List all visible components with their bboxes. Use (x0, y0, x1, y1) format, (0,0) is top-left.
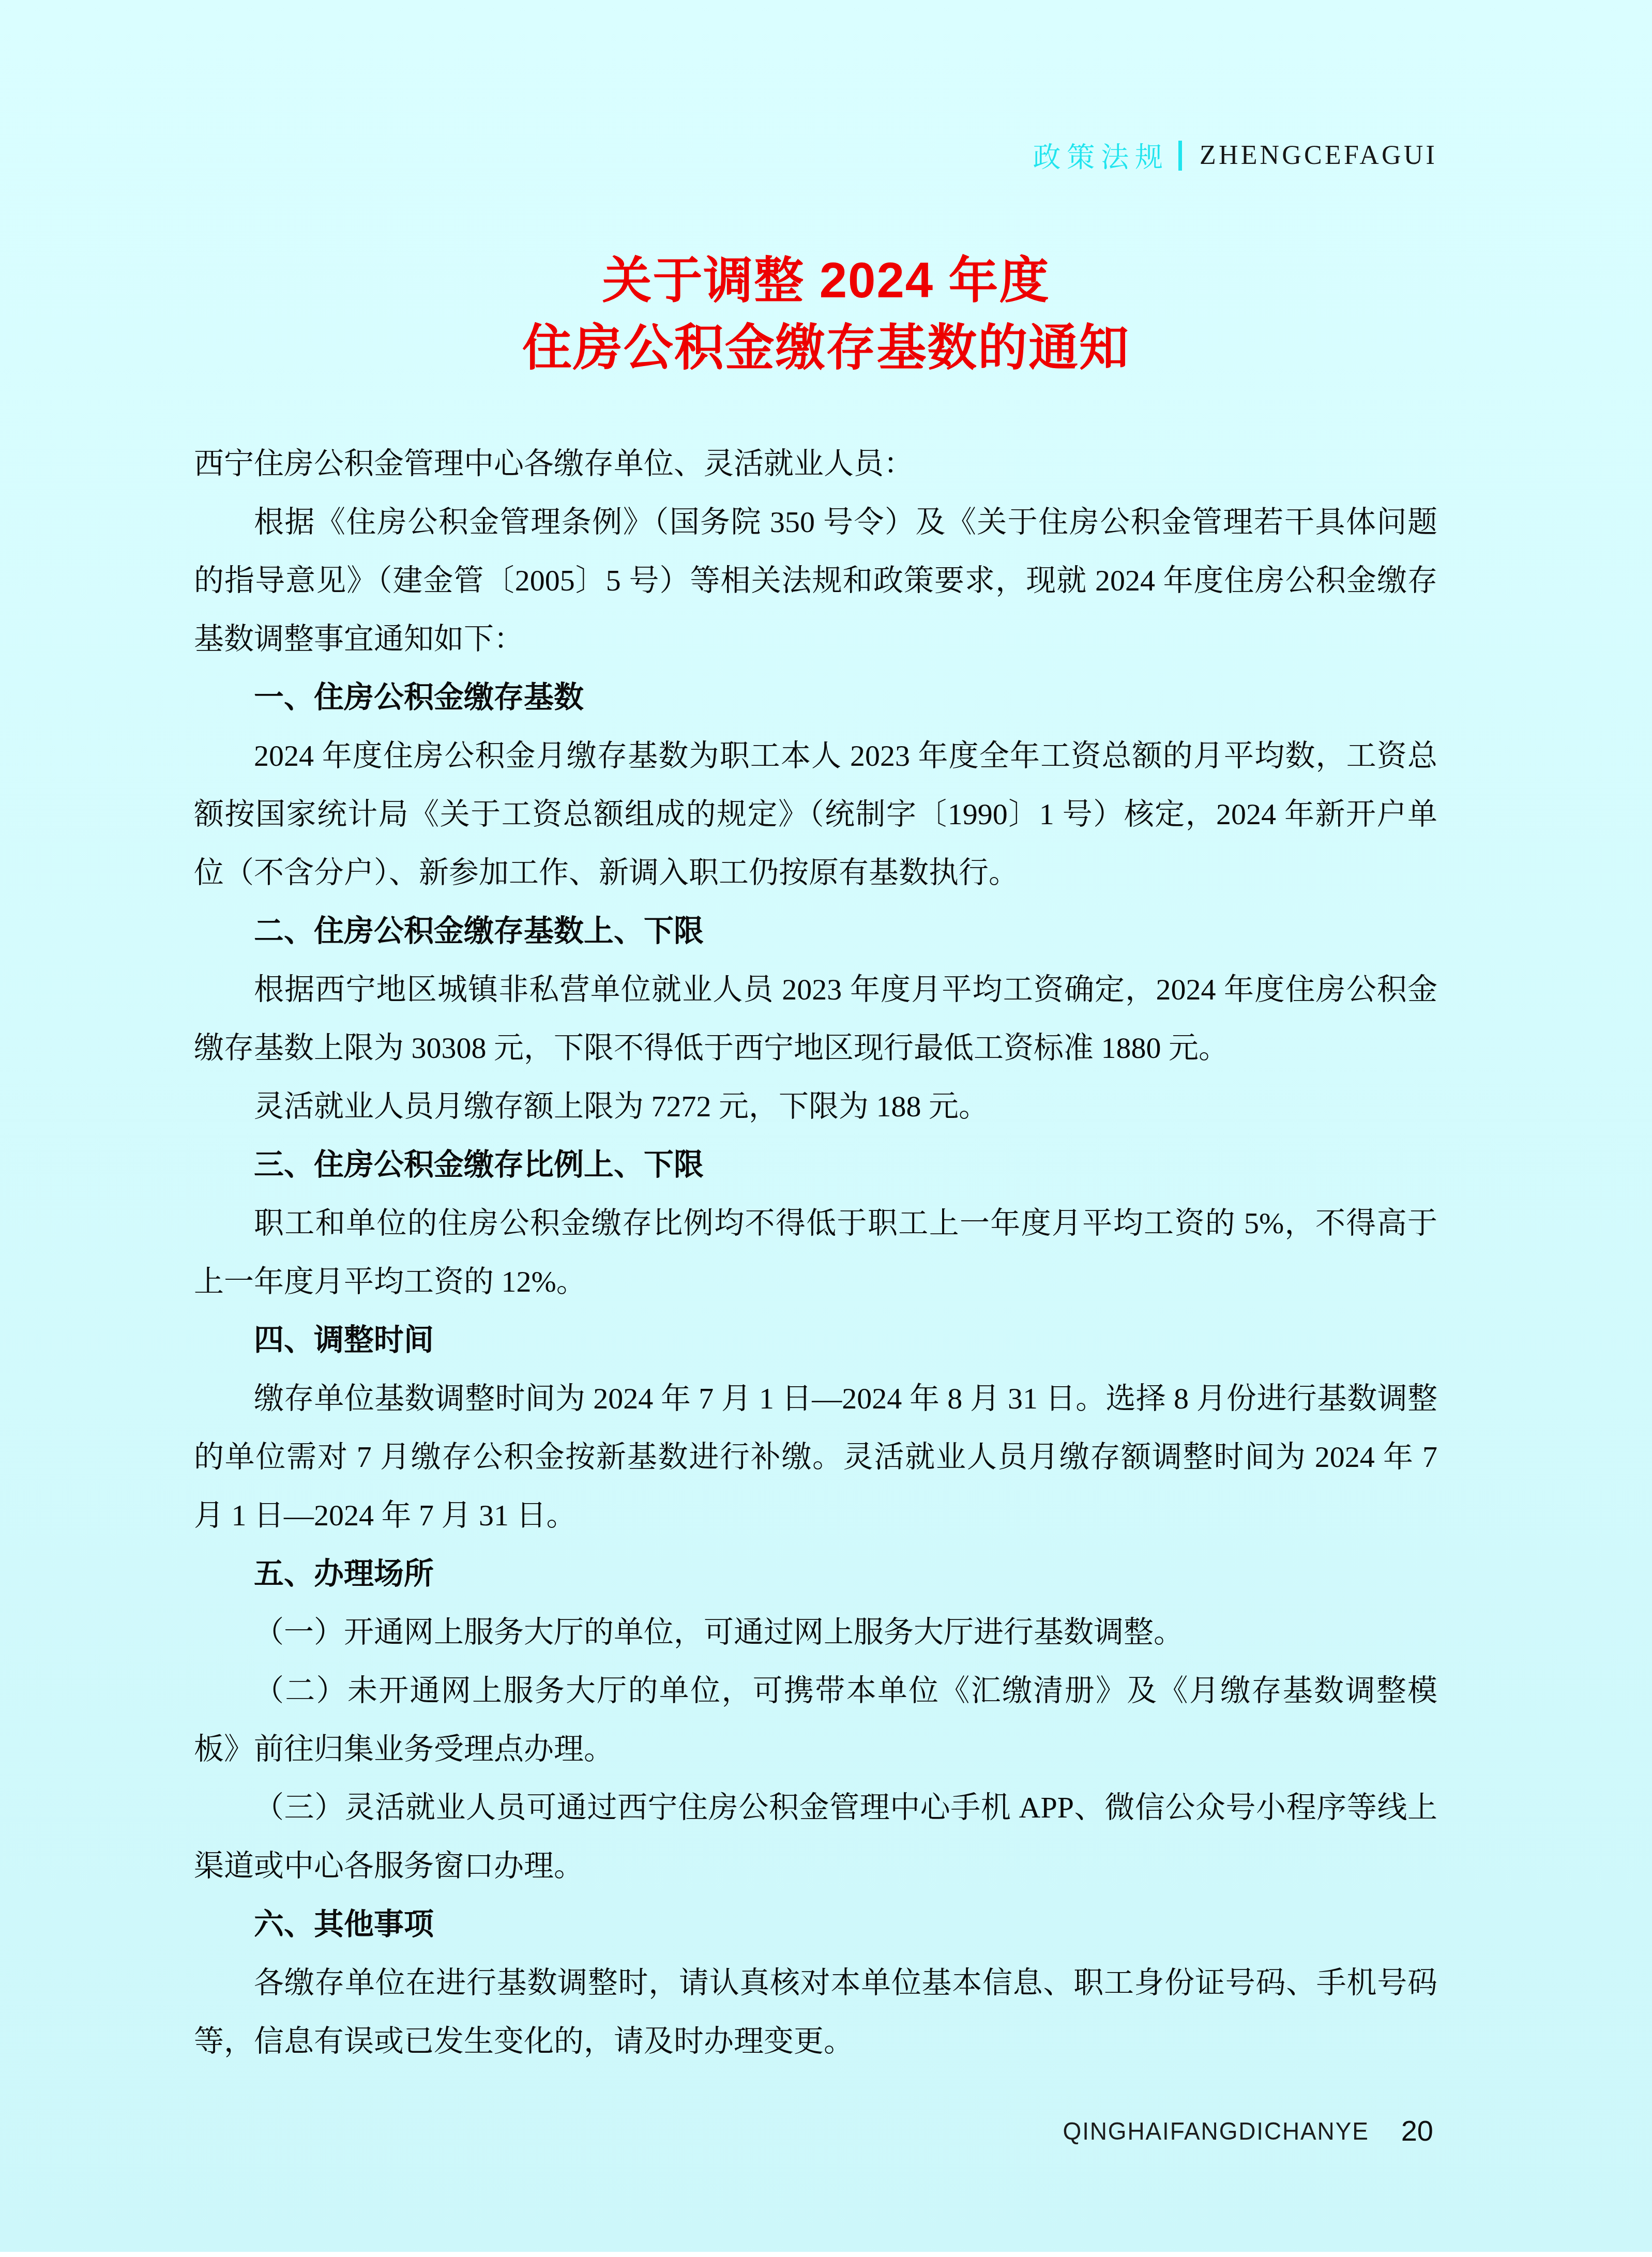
paragraph: 2024 年度住房公积金月缴存基数为职工本人 2023 年度全年工资总额的月平均… (194, 726, 1437, 902)
document-body: 西宁住房公积金管理中心各缴存单位、灵活就业人员：根据《住房公积金管理条例》（国务… (194, 434, 1437, 2070)
paragraph: 根据西宁地区城镇非私营单位就业人员 2023 年度月平均工资确定，2024 年度… (194, 960, 1437, 1077)
page-bottom-edge (0, 2252, 1652, 2257)
page-footer: QINGHAIFANGDICHANYE 20 (1063, 2114, 1433, 2147)
header-divider (1178, 141, 1182, 171)
page-number: 20 (1401, 2114, 1433, 2147)
notice-title-line2: 住房公积金缴存基数的通知 (0, 314, 1652, 382)
paragraph: （一）开通网上服务大厅的单位，可通过网上服务大厅进行基数调整。 (194, 1603, 1437, 1661)
section-heading: 六、其他事项 (194, 1895, 1437, 1953)
paragraph: 职工和单位的住房公积金缴存比例均不得低于职工上一年度月平均工资的 5%，不得高于… (194, 1194, 1437, 1311)
section-heading: 三、住房公积金缴存比例上、下限 (194, 1135, 1437, 1194)
notice-title-line1: 关于调整 2024 年度 (0, 247, 1652, 314)
section-heading: 四、调整时间 (194, 1311, 1437, 1369)
section-heading: 一、住房公积金缴存基数 (194, 668, 1437, 726)
notice-title: 关于调整 2024 年度 住房公积金缴存基数的通知 (0, 247, 1652, 382)
section-heading: 五、办理场所 (194, 1544, 1437, 1603)
section-heading: 二、住房公积金缴存基数上、下限 (194, 902, 1437, 960)
paragraph: 西宁住房公积金管理中心各缴存单位、灵活就业人员： (194, 434, 1437, 493)
paragraph: 根据《住房公积金管理条例》（国务院 350 号令）及《关于住房公积金管理若干具体… (194, 493, 1437, 668)
section-label-cn: 政策法规 (1033, 135, 1169, 175)
journal-name: QINGHAIFANGDICHANYE (1063, 2116, 1369, 2145)
paragraph: 各缴存单位在进行基数调整时，请认真核对本单位基本信息、职工身份证号码、手机号码等… (194, 1953, 1437, 2070)
page: 政策法规 ZHENGCEFAGUI 关于调整 2024 年度 住房公积金缴存基数… (0, 0, 1652, 2257)
paragraph: 灵活就业人员月缴存额上限为 7272 元，下限为 188 元。 (194, 1077, 1437, 1135)
page-header: 政策法规 ZHENGCEFAGUI (1033, 135, 1437, 175)
section-label-en: ZHENGCEFAGUI (1200, 140, 1437, 171)
paragraph: （二）未开通网上服务大厅的单位，可携带本单位《汇缴清册》及《月缴存基数调整模板》… (194, 1661, 1437, 1778)
paragraph: （三）灵活就业人员可通过西宁住房公积金管理中心手机 APP、微信公众号小程序等线… (194, 1778, 1437, 1895)
paragraph: 缴存单位基数调整时间为 2024 年 7 月 1 日—2024 年 8 月 31… (194, 1369, 1437, 1544)
